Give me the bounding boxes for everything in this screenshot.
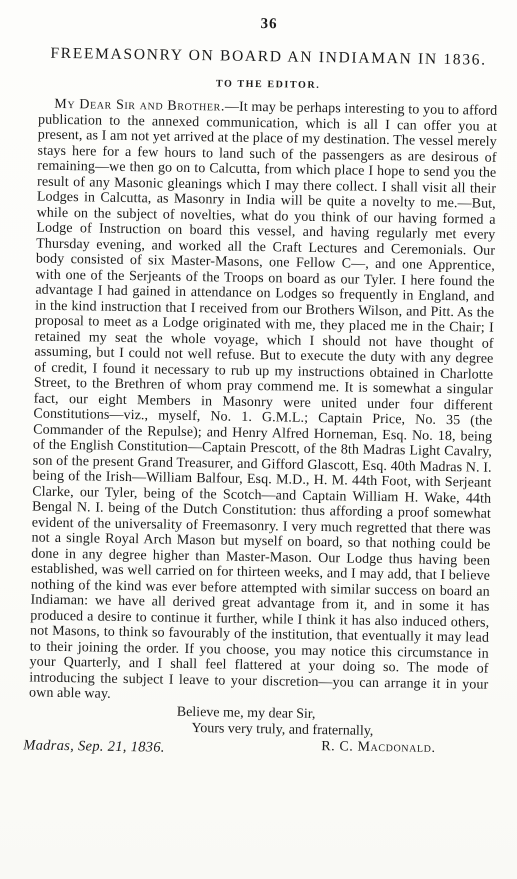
page-number: 36 <box>40 13 499 37</box>
valediction-line-2: Yours very truly, and fraternally, <box>191 721 487 742</box>
letter-text: —It may be perhaps interesting to you to… <box>29 99 497 701</box>
section-heading-to-the-editor: TO THE EDITOR. <box>39 76 498 94</box>
letter-body: My Dear Sir and Brother.—It may be perha… <box>29 97 497 709</box>
page-content: 36 FREEMASONRY ON BOARD AN INDIAMAN IN 1… <box>0 0 517 761</box>
article-title: FREEMASONRY ON BOARD AN INDIAMAN IN 1836… <box>39 45 498 70</box>
scanned-book-page: 36 FREEMASONRY ON BOARD AN INDIAMAN IN 1… <box>0 0 517 879</box>
